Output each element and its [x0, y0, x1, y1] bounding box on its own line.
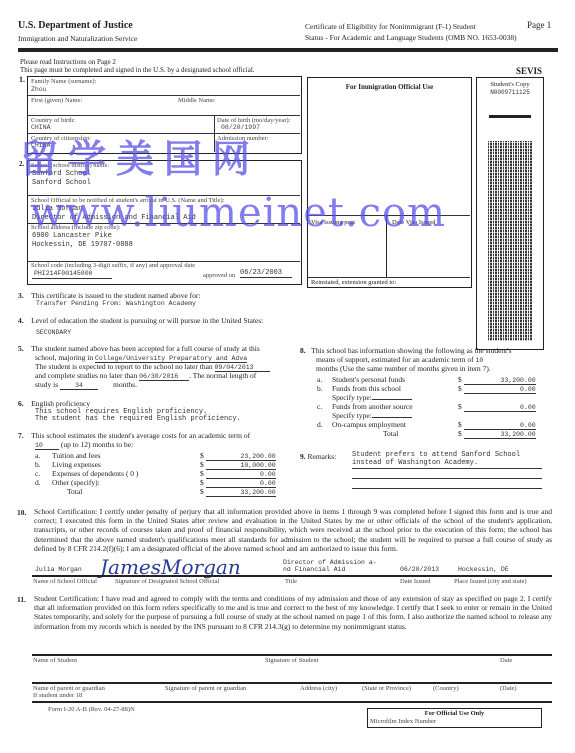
item-11-number: 11.	[17, 595, 26, 604]
cost-letter: c.	[35, 469, 40, 478]
dob-label: Date of birth (mo/day/year):	[217, 117, 290, 124]
label-date-parent: (Date)	[500, 685, 517, 692]
school-code-value: PHI214F00145000	[34, 270, 93, 277]
cost-label: Expenses of dependents ( 0 )	[52, 469, 138, 478]
label-country: (Country)	[433, 685, 459, 692]
signature-rule	[32, 575, 552, 577]
item-7-months: 10 (up to 12) months to be:	[35, 440, 133, 450]
watermark-url: www.liumeinet.com	[30, 190, 446, 236]
student-certification-text: Student Certification: I have read and a…	[34, 594, 552, 631]
school-address-line-2: Hockessin, DE 19707-0888	[32, 241, 133, 249]
birth-country-label: Country of birth:	[31, 117, 75, 124]
official-title-line-2: nd Financial Aid	[283, 566, 345, 573]
barcode-rule	[489, 115, 531, 118]
item-4-text: 4. Level of education the student is pur…	[18, 316, 263, 325]
label-title: Title	[285, 578, 297, 585]
item-8-line-1: 8. This school has information showing t…	[300, 346, 512, 355]
page-number: Page 1	[527, 20, 551, 30]
label-place-issued: Place Issued (city and state)	[454, 578, 527, 585]
instructions-line-2: This page must be completed and signed i…	[20, 66, 255, 74]
support-total-amount: $ 33,200.00	[458, 429, 536, 439]
parent-signature-rule	[32, 682, 552, 684]
cost-label: Living expenses	[52, 460, 101, 469]
item-3-value: Transfer Pending From: Washington Academ…	[36, 300, 196, 307]
label-name-of-official: Name of School Official	[33, 578, 97, 585]
bottom-rule	[32, 701, 552, 703]
approved-label: approved on	[203, 272, 235, 279]
official-use-title: For Immigration Official Use	[308, 83, 471, 91]
item-6-line-2: The student has the required English pro…	[35, 415, 241, 423]
cost-total-amount: $ 33,200.00	[200, 487, 276, 497]
cost-letter: a.	[35, 451, 40, 460]
item-8-line-3: months (Use the same number of months gi…	[316, 364, 491, 373]
support-amount: $ 0.00	[458, 402, 536, 412]
approved-date: 06/23/2003	[240, 269, 292, 278]
agency-name: U.S. Department of Justice	[18, 20, 133, 31]
label-date-issued: Date Issued	[400, 578, 431, 585]
students-copy-label: Student's Copy	[477, 81, 543, 88]
microfilm-label: Microfilm Index Number	[370, 718, 436, 725]
school-certification-text: School Certification: I certify under pe…	[34, 507, 552, 553]
item-5-line-1: 5. The student named above has been acce…	[18, 344, 260, 353]
family-name-value: Zhou	[31, 86, 47, 93]
support-label: Funds from another source	[332, 402, 413, 411]
item-5-line-5: study is 34 months.	[35, 380, 137, 390]
school-official-name-value: Julia Morgan	[35, 566, 82, 573]
form-number: Form I-20 A-B (Rev. 04-27-88)N	[48, 706, 135, 713]
support-specify: Specify type:	[332, 411, 412, 420]
item-9-label: 9. Remarks:	[300, 452, 336, 461]
label-signature-of-student: Signature of Student	[265, 657, 318, 664]
label-signature-official: Signature of Designated School Official	[115, 578, 219, 585]
item-10-number: 10.	[17, 508, 26, 517]
support-label: Funds from this school	[332, 384, 401, 393]
sevis-id: N0009711125	[477, 89, 543, 96]
watermark-chinese: 留学美国网	[20, 128, 260, 183]
official-use-only-box: For Official Use Only Microfilm Index Nu…	[367, 708, 542, 728]
instructions-line-1: Please read Instructions on Page 2	[20, 58, 116, 66]
study-months: 34	[60, 382, 98, 390]
item-8-line-2: means of support, estimated for an acade…	[316, 355, 483, 364]
cost-letter: b.	[35, 460, 41, 469]
support-label: Student's personal funds	[332, 375, 405, 384]
remarks-line-2: instead of Washington Academy.	[352, 459, 478, 467]
complete-date: 06/30/2016	[139, 373, 189, 381]
official-use-only-label: For Official Use Only	[368, 710, 541, 717]
header-rule	[18, 48, 558, 52]
sevis-barcode	[488, 141, 532, 341]
official-title-line-1: Director of Admission a-	[283, 559, 377, 566]
student-signature-rule	[32, 654, 552, 656]
cost-label: Tuition and fees	[52, 451, 100, 460]
label-parent-signature: Signature of parent or guardian	[165, 685, 246, 692]
label-student-date: Date	[500, 657, 512, 664]
support-letter: d.	[317, 420, 323, 429]
place-issued-value: Hockessin, DE	[458, 566, 509, 573]
cost-letter: d.	[35, 478, 41, 487]
support-amount: $ 0.00	[458, 384, 536, 394]
support-label: On-campus employment	[332, 420, 406, 429]
reinstated-label: Reinstated, extension granted to:	[311, 279, 396, 286]
item-4-value: SECONDARY	[36, 329, 71, 336]
family-name-label: Family Name (surname):	[31, 78, 96, 85]
support-letter: c.	[317, 402, 322, 411]
item-7-text: 7. This school estimates the student's a…	[18, 431, 250, 440]
item-1-number: 1.	[19, 75, 25, 84]
item-6-label: 6. English proficiency	[18, 399, 90, 408]
support-specify: Specify type:	[332, 393, 412, 402]
label-parent-name: Name of parent or guardian	[33, 685, 105, 692]
form-title: Certificate of Eligibility for Nonimmigr…	[305, 22, 476, 31]
service-name: Immigration and Naturalization Service	[18, 34, 137, 43]
remarks-line-1: Student prefers to attend Sanford School	[352, 451, 520, 459]
support-letter: a.	[317, 375, 322, 384]
sevis-label: SEVIS	[516, 66, 542, 76]
label-parent-under-18: If student under 18	[33, 692, 82, 699]
label-address-city: Address (city)	[300, 685, 337, 692]
support-total-label: Total	[383, 429, 398, 438]
first-name-label: First (given) Name:	[31, 97, 82, 104]
form-subtitle: Status - For Academic and Language Stude…	[305, 33, 517, 42]
cost-label: Other (specify):	[52, 478, 100, 487]
item-3-text: 3. This certificate is issued to the stu…	[18, 291, 200, 300]
cost-total-label: Total	[67, 487, 82, 496]
label-name-of-student: Name of Student	[33, 657, 77, 664]
date-issued-value: 06/20/2013	[400, 566, 439, 573]
school-code-label: School code (including 3-digit suffix, i…	[31, 262, 195, 269]
middle-name-label: Middle Name:	[178, 97, 216, 104]
support-letter: b.	[317, 384, 323, 393]
label-state: (State or Province)	[362, 685, 411, 692]
immigration-official-use-box: For Immigration Official Use Visa issuin…	[307, 77, 472, 288]
